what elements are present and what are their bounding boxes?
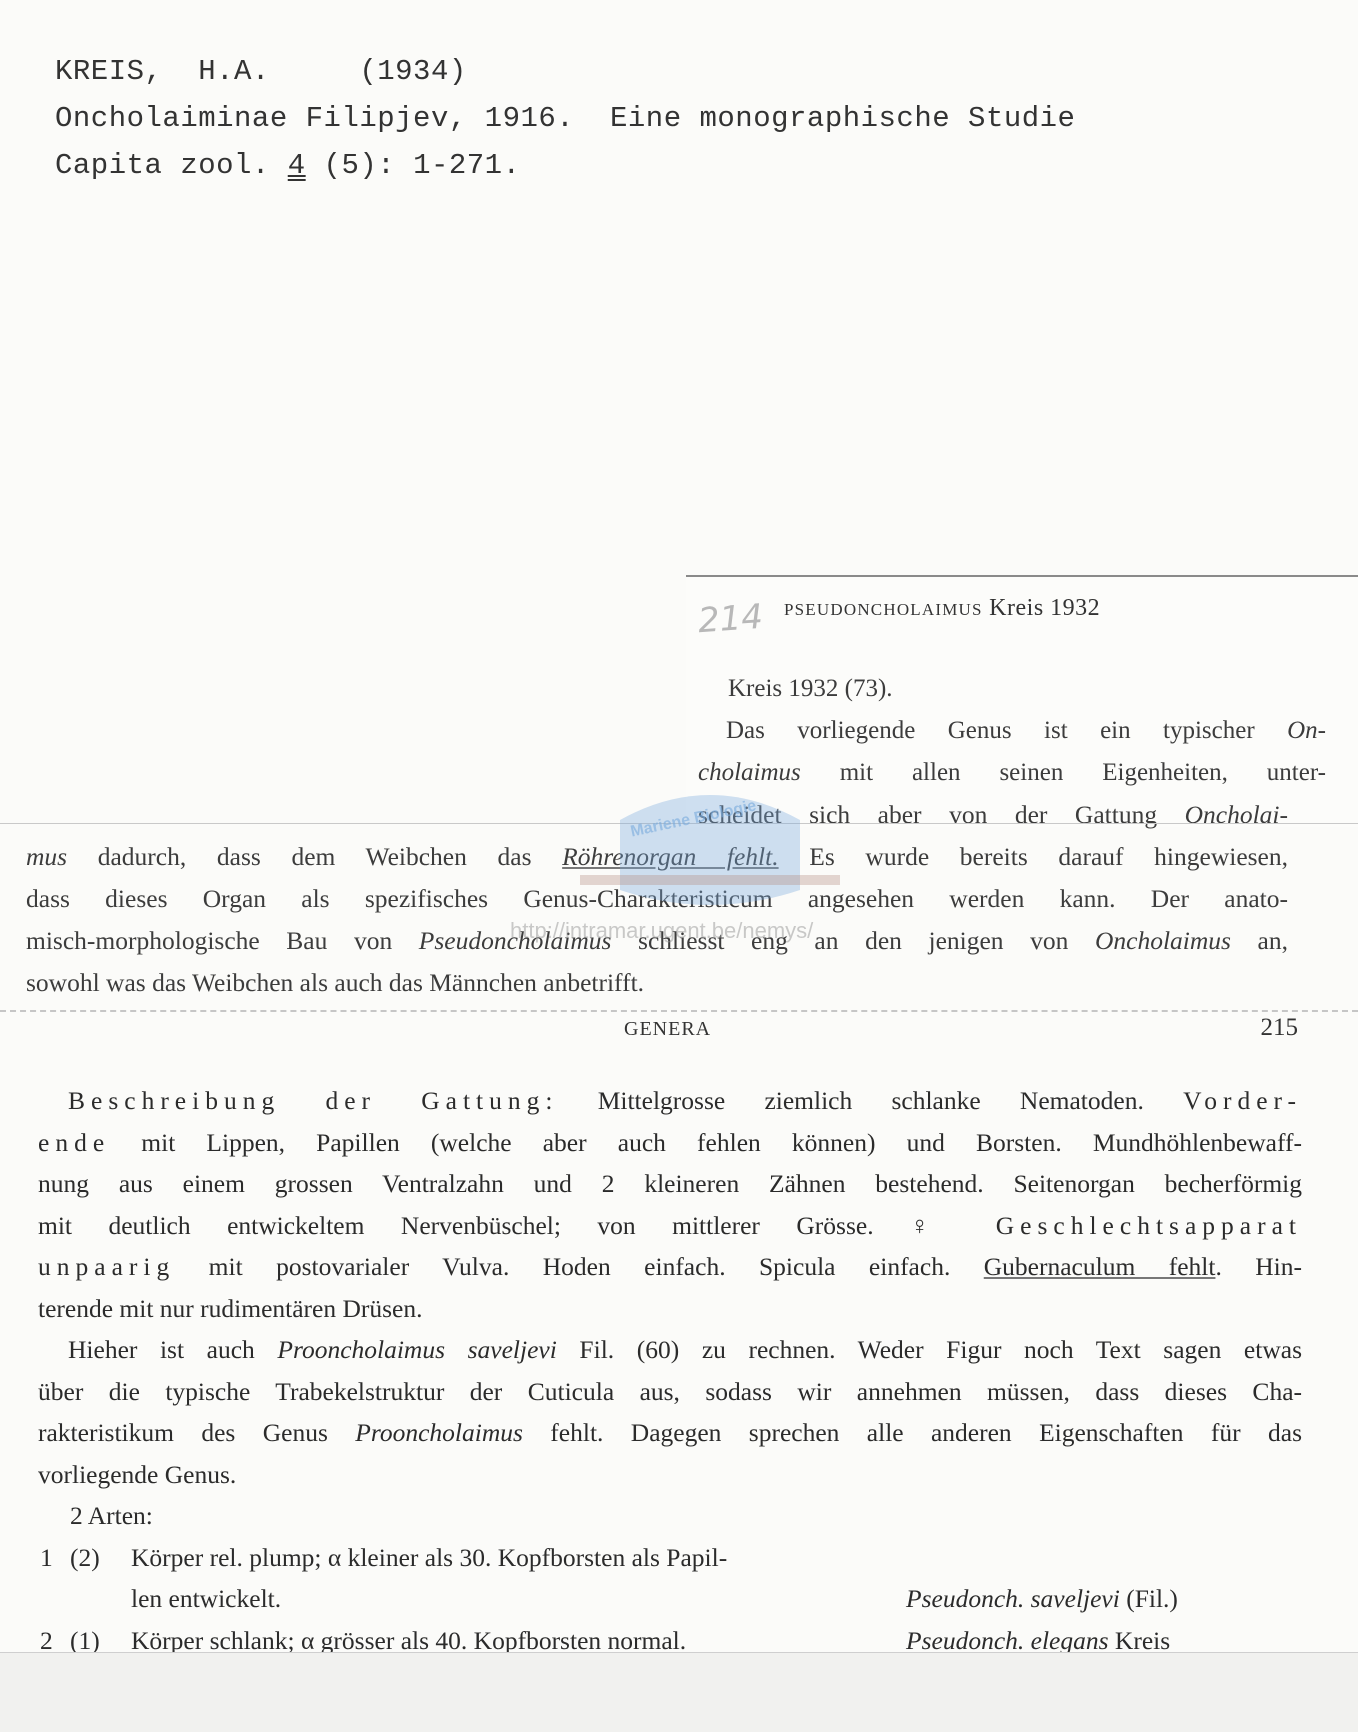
clipping-genus-header: 214 PSEUDONCHOLAIMUS Kreis 1932 Kreis 19… [686,575,1358,827]
index-card-citation: KREIS, H.A. (1934) Oncholaiminae Filipje… [55,48,1075,189]
species-key: 2 Arten: 1 (2) Körper rel. plump; α klei… [40,1495,1290,1661]
page-number: 215 [1261,1014,1299,1042]
para-line: dass dieses Organ als spezifisches Genus… [26,884,1288,914]
para-line: Das vorliegende Genus ist ein typischer … [726,717,1326,745]
citation-journal: Capita zool. 4 (5): 1-271. [55,142,1075,189]
description-line: terende mit nur rudimentären Drüsen. [38,1288,1302,1330]
citation-author-year: KREIS, H.A. (1934) [55,48,1075,95]
key-entry-1-cont: len entwickelt. Pseudonch. saveljevi (Fi… [40,1578,1290,1620]
genus-remark: Hieher ist auch Prooncholaimus saveljevi… [38,1329,1302,1495]
clipping-divider [0,1010,1358,1012]
remark-line: Hieher ist auch Prooncholaimus saveljevi… [38,1329,1302,1371]
species-name: Pseudonch. saveljevi (Fil.) [906,1578,1178,1620]
genus-heading: PSEUDONCHOLAIMUS Kreis 1932 [784,595,1100,622]
genus-reference: Kreis 1932 (73). [728,675,1328,703]
citation-title: Oncholaiminae Filipjev, 1916. Eine monog… [55,95,1075,142]
para-line: mus dadurch, dass dem Weibchen das Röhre… [26,842,1288,872]
scan-bottom-margin [0,1652,1358,1732]
running-head: GENERA [624,1018,711,1041]
volume-number: 4 [288,149,306,182]
description-line: Beschreibung der Gattung: Mittelgrosse z… [38,1080,1302,1122]
remark-line: rakteristikum des Genus Prooncholaimus f… [38,1412,1302,1454]
remark-line: über die typische Trabekelstruktur der C… [38,1371,1302,1413]
para-line: sowohl was das Weibchen als auch das Män… [26,968,644,998]
handwritten-number: 214 [697,597,765,641]
description-line: nung aus einem grossen Ventralzahn und 2… [38,1163,1302,1205]
genus-description: Beschreibung der Gattung: Mittelgrosse z… [38,1080,1302,1329]
description-line: mit deutlich entwickeltem Nervenbüschel;… [38,1205,1302,1247]
key-title: 2 Arten: [40,1495,1290,1537]
watermark-url: http://intramar.ugent.be/nemys/ [510,918,813,944]
remark-line: vorliegende Genus. [38,1454,1302,1496]
description-line: unpaarig mit postovarialer Vulva. Hoden … [38,1246,1302,1288]
description-line: ende mit Lippen, Papillen (welche aber a… [38,1122,1302,1164]
key-entry-1: 1 (2) Körper rel. plump; α kleiner als 3… [40,1537,1290,1579]
para-line: cholaimus mit allen seinen Eigenheiten, … [698,759,1326,787]
